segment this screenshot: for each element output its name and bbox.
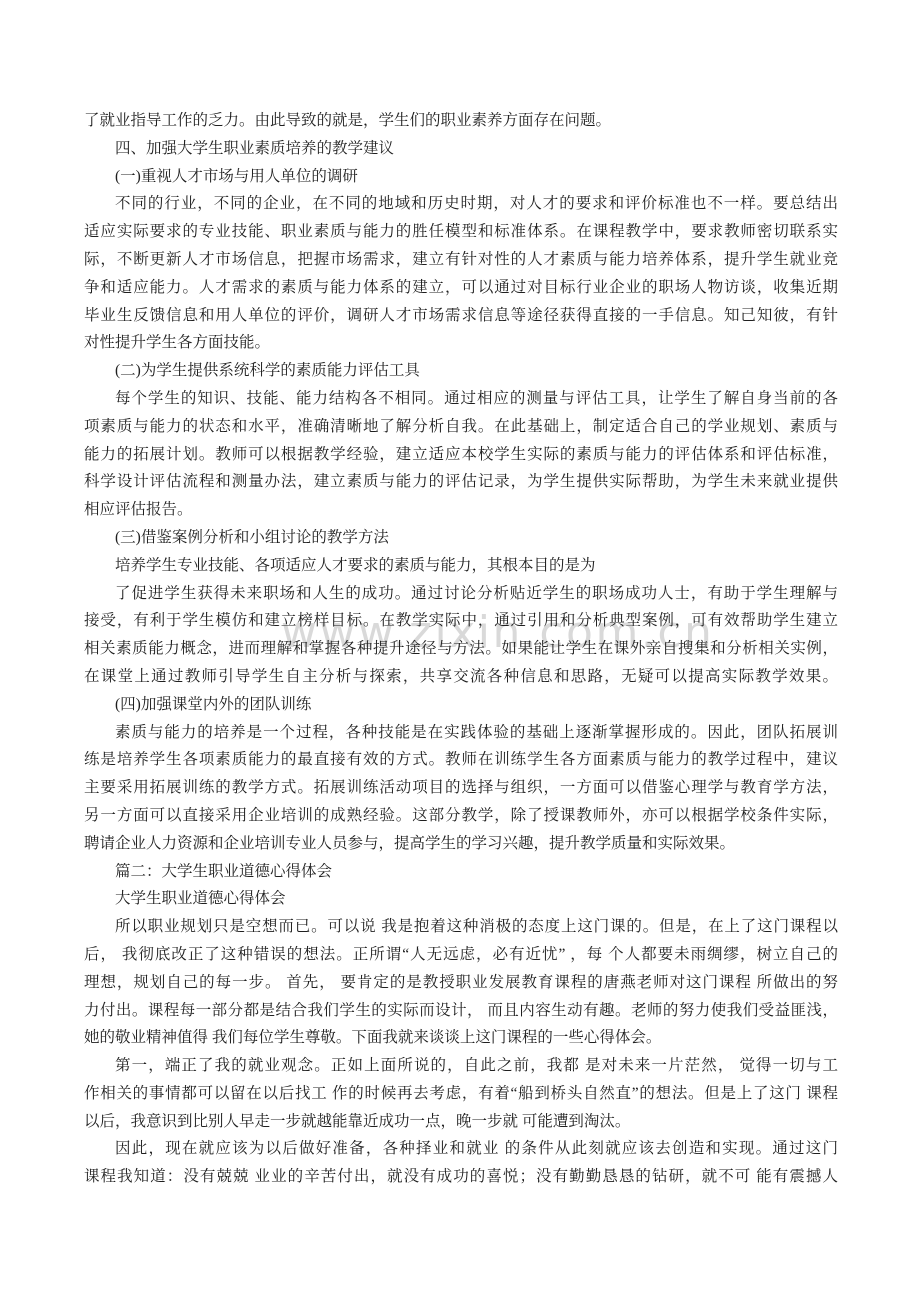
text-line: 适应实际要求的专业技能、职业素质与能力的胜任模型和标准体系。在课程教学中，要求教… xyxy=(84,218,838,246)
text-line: 项素质与能力的状态和水平，准确清晰地了解分析自我。在此基础上，制定适合自己的学业… xyxy=(84,413,838,441)
text-line: 以后，我意识到比别人早走一步就越能靠近成功一点，晚一步就 可能遭到淘汰。 xyxy=(84,1108,838,1136)
text-line: 际，不断更新人才市场信息，把握市场需求，建立有针对性的人才素质与能力培养体系，提… xyxy=(84,246,838,274)
text-line: 能力的拓展计划。教师可以根据教学经验，建立适应本校学生实际的素质与能力的评估体系… xyxy=(84,441,838,469)
text-line: 培养学生专业技能、各项适应人才要求的素质与能力，其根本目的是为 xyxy=(84,552,838,580)
text-line: 力付出。课程每一部分都是结合我们学生的实际而设计， 而且内容生动有趣。老师的努力… xyxy=(84,997,838,1025)
text-line: 接受，有利于学生模仿和建立榜样目标。在教学实际中，通过引用和分析典型案例，可有效… xyxy=(84,607,838,635)
text-line: 相关素质能力概念，进而理解和掌握各种提升途径与方法。如果能让学生在课外亲自搜集和… xyxy=(84,635,838,663)
text-line: (二)为学生提供系统科学的素质能力评估工具 xyxy=(84,357,838,385)
text-line: 第一，端正了我的就业观念。正如上面所说的，自此之前，我都 是对未来一片茫然， 觉… xyxy=(84,1052,838,1080)
text-line: 对性提升学生各方面技能。 xyxy=(84,329,838,357)
text-line: 不同的行业，不同的企业，在不同的地域和历史时期，对人才的要求和评价标准也不一样。… xyxy=(84,190,838,218)
document-page: www.zixin.com.cn 了就业指导工作的乏力。由此导致的就是，学生们的… xyxy=(0,0,920,1302)
text-line: 四、加强大学生职业素质培养的教学建议 xyxy=(84,135,838,163)
text-line: 后， 我彻底改正了这种错误的想法。正所谓“人无远虑，必有近忧” ，每 个人都要未… xyxy=(84,941,838,969)
text-line: 相应评估报告。 xyxy=(84,496,838,524)
text-line: 争和适应能力。人才需求的素质与能力体系的建立，可以通过对目标行业企业的职场人物访… xyxy=(84,274,838,302)
text-line: 练是培养学生各项素质能力的最直接有效的方式。教师在训练学生各方面素质与能力的教学… xyxy=(84,746,838,774)
text-line: 课程我知道：没有兢兢 业业的辛苦付出，就没有成功的喜悦；没有勤勤恳恳的钻研，就不… xyxy=(84,1163,838,1191)
text-line: 科学设计评估流程和测量办法，建立素质与能力的评估记录，为学生提供实际帮助，为学生… xyxy=(84,468,838,496)
text-line: 素质与能力的培养是一个过程，各种技能是在实践体验的基础上逐渐掌握形成的。因此，团… xyxy=(84,719,838,747)
text-line: 所以职业规划只是空想而已。可以说 我是抱着这种消极的态度上这门课的。但是，在上了… xyxy=(84,913,838,941)
text-line: 每个学生的知识、技能、能力结构各不相同。通过相应的测量与评估工具，让学生了解自身… xyxy=(84,385,838,413)
text-line: 在课堂上通过教师引导学生自主分析与探索，共享交流各种信息和思路，无疑可以提高实际… xyxy=(84,663,838,691)
text-line: 篇二：大学生职业道德心得体会 xyxy=(84,858,838,886)
text-line: 作相关的事情都可以留在以后找工 作的时候再去考虑，有着“船到桥头自然直”的想法。… xyxy=(84,1080,838,1108)
text-line: 因此，现在就应该为以后做好准备，各种择业和就业 的条件从此刻就应该去创造和实现。… xyxy=(84,1135,838,1163)
text-line: 了就业指导工作的乏力。由此导致的就是，学生们的职业素养方面存在问题。 xyxy=(84,107,838,135)
text-line: (一)重视人才市场与用人单位的调研 xyxy=(84,163,838,191)
document-body: 了就业指导工作的乏力。由此导致的就是，学生们的职业素养方面存在问题。四、加强大学… xyxy=(84,107,838,1191)
text-line: 毕业生反馈信息和用人单位的评价，调研人才市场需求信息等途径获得直接的一手信息。知… xyxy=(84,302,838,330)
text-line: 了促进学生获得未来职场和人生的成功。通过讨论分析贴近学生的职场成功人士，有助于学… xyxy=(84,580,838,608)
text-line: 她的敬业精神值得 我们每位学生尊敬。下面我就来谈谈上这门课程的一些心得体会。 xyxy=(84,1024,838,1052)
text-line: 聘请企业人力资源和企业培训专业人员参与，提高学生的学习兴趣，提升教学质量和实际效… xyxy=(84,830,838,858)
text-line: 主要采用拓展训练的教学方式。拓展训练活动项目的选择与组织，一方面可以借鉴心理学与… xyxy=(84,774,838,802)
text-line: 理想，规划自己的每一步。 首先， 要肯定的是教授职业发展教育课程的唐燕老师对这门… xyxy=(84,969,838,997)
text-line: (三)借鉴案例分析和小组讨论的教学方法 xyxy=(84,524,838,552)
text-line: 另一方面可以直接采用企业培训的成熟经验。这部分教学，除了授课教师外，亦可以根据学… xyxy=(84,802,838,830)
text-line: 大学生职业道德心得体会 xyxy=(84,885,838,913)
text-line: (四)加强课堂内外的团队训练 xyxy=(84,691,838,719)
